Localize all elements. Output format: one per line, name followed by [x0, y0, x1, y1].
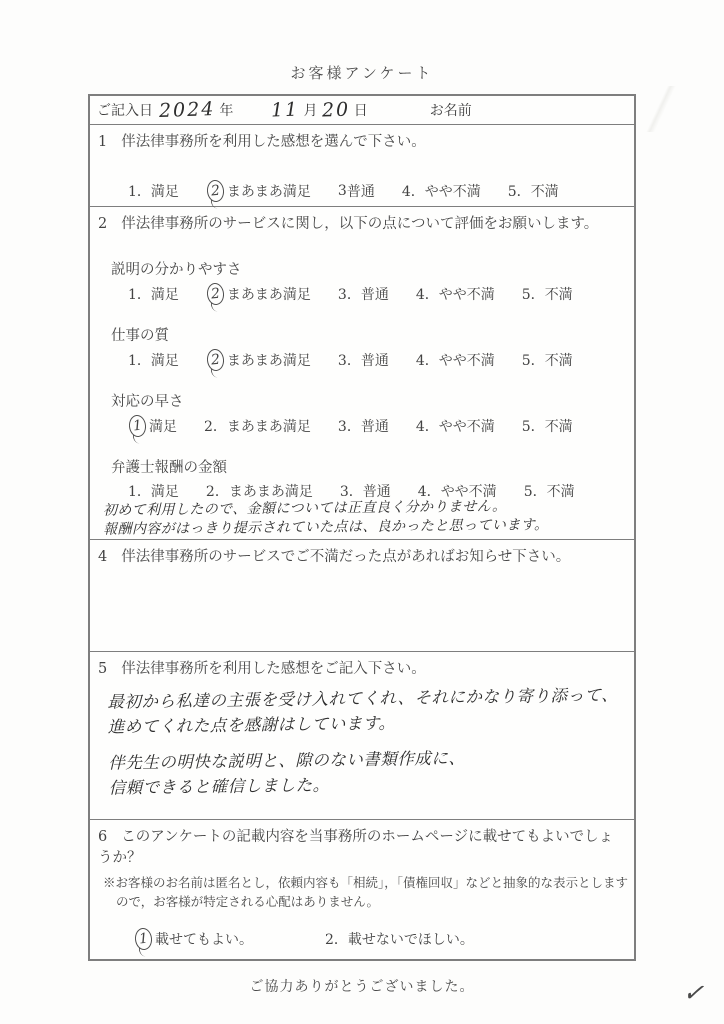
question-5-heading: 5伴法律事務所を利用した感想をご記入下さい。 [90, 652, 634, 680]
rating-option: 5．不満 [522, 284, 573, 304]
month-suffix: 月 [304, 100, 318, 120]
rating-option: 4．やや不満 [402, 181, 481, 201]
rating-item-explanation: 説明の分かりやすさ 1．満足 2まあまあ満足 3．普通 4．やや不満 5．不満 [90, 260, 634, 305]
option-label: 満足 [151, 481, 179, 501]
rating-item-options: 1満足 2．まあまあ満足 3．普通 4．やや不満 5．不満 [90, 415, 634, 437]
rating-option: 3．普通 [338, 284, 389, 304]
option-number: 2． [325, 929, 348, 949]
question-text: 伴法律事務所を利用した感想をご記入下さい。 [121, 661, 426, 677]
question-1-heading: 1伴法律事務所を利用した感想を選んで下さい。 [90, 125, 634, 153]
rating-option: 3．普通 [338, 416, 389, 436]
question-text: 伴法律事務所を利用した感想を選んで下さい。 [121, 134, 426, 150]
option-label: 不満 [545, 350, 573, 370]
option-number: 1． [128, 350, 151, 370]
day-suffix: 日 [354, 100, 368, 120]
option-label: やや不満 [439, 350, 495, 370]
option-label: やや不満 [425, 181, 481, 201]
question-1-options: 1．満足 2まあまあ満足 3普通 4．やや不満 5．不満 [90, 180, 634, 202]
month-value-handwritten: 11 [271, 99, 300, 122]
rating-option: 4．やや不満 [416, 350, 495, 370]
selected-circle: 2 [206, 348, 225, 372]
date-label: ご記入日 [97, 100, 153, 120]
option-number: 3． [338, 350, 361, 370]
question-number: 6 [98, 827, 107, 848]
option-label: 載せないでほしい。 [348, 929, 474, 949]
option-number: 2． [204, 416, 227, 436]
question-number: 1 [98, 132, 107, 153]
option-label: 載せてもよい。 [155, 929, 253, 949]
rating-option: 2．まあまあ満足 [204, 416, 311, 436]
option-number: 3． [338, 416, 361, 436]
rating-item-response-speed: 対応の早さ 1満足 2．まあまあ満足 3．普通 4．やや不満 5．不満 [90, 392, 634, 437]
option-label: 満足 [149, 416, 177, 436]
year-suffix: 年 [219, 100, 233, 120]
selected-circle: 2 [206, 282, 225, 306]
selected-circle: 1 [128, 414, 147, 438]
name-label: お名前 [430, 100, 472, 120]
option-label: 満足 [151, 350, 179, 370]
question-6: 6このアンケートの記載内容を当事務所のホームページに載せてもよいでしょうか？ ※… [90, 820, 634, 963]
option-number: 3 [338, 183, 347, 199]
option-label: まあまあ満足 [227, 181, 311, 201]
option-number: 5． [522, 416, 545, 436]
option-label: まあまあ満足 [229, 481, 313, 501]
question-text: 伴法律事務所のサービスでご不満だった点があればお知らせ下さい。 [121, 549, 570, 565]
rating-option: 2まあまあ満足 [206, 180, 311, 202]
question-2-heading: 2伴法律事務所のサービスに関し，以下の点について評価をお願いします。 [90, 207, 634, 235]
option-number: 2． [206, 481, 229, 501]
option-label: 満足 [151, 181, 179, 201]
option-number: 3． [340, 481, 363, 501]
page-title: お客様アンケート [0, 62, 724, 83]
option-label: 普通 [361, 284, 389, 304]
rating-option: 2まあまあ満足 [206, 349, 311, 371]
option-number: 5． [508, 181, 531, 201]
option-label: 不満 [545, 416, 573, 436]
rating-option: 1満足 [128, 415, 177, 437]
thank-you-footer: ご協力ありがとうございました。 [0, 976, 724, 996]
rating-option: 1．満足 [128, 284, 179, 304]
rating-item-label: 弁護士報酬の金額 [90, 458, 634, 478]
rating-item-label: 説明の分かりやすさ [90, 260, 634, 280]
selected-circle: 1 [134, 927, 153, 951]
option-number: 3． [338, 284, 361, 304]
rating-option: 3普通 [338, 181, 375, 201]
option-label: 満足 [151, 284, 179, 304]
option-number: 1． [128, 181, 151, 201]
option-number: 4． [416, 416, 439, 436]
rating-option: 1．満足 [128, 181, 179, 201]
question-6-anonymity-note: ※お客様のお名前は匿名とし，依頼内容も「相続」，「債権回収」などと抽象的な表示と… [90, 873, 634, 911]
option-number: 4． [416, 350, 439, 370]
option-label: まあまあ満足 [227, 350, 311, 370]
question-2: 2伴法律事務所のサービスに関し，以下の点について評価をお願いします。 説明の分か… [90, 207, 634, 540]
rating-item-label: 仕事の質 [90, 326, 634, 346]
question-number: 4 [98, 547, 107, 568]
rating-item-label: 対応の早さ [90, 392, 634, 412]
date-name-row: ご記入日 2024 年 11 月 20 日 お名前 [90, 96, 634, 125]
option-number: 4． [416, 284, 439, 304]
rating-item-options: 1．満足 2まあまあ満足 3．普通 4．やや不満 5．不満 [90, 349, 634, 371]
rating-option: 1．満足 [128, 481, 179, 501]
handwritten-checkmark: ✓ [682, 977, 705, 1007]
question-2-sub-items: 説明の分かりやすさ 1．満足 2まあまあ満足 3．普通 4．やや不満 5．不満 … [90, 260, 634, 537]
question-4-heading: 4伴法律事務所のサービスでご不満だった点があればお知らせ下さい。 [90, 540, 634, 568]
rating-option: 5．不満 [508, 181, 559, 201]
option-number: 5． [522, 284, 545, 304]
question-number: 5 [98, 659, 107, 680]
question-6-options: 1載せてもよい。 2．載せないでほしい。 [90, 928, 634, 950]
question-6-heading: 6このアンケートの記載内容を当事務所のホームページに載せてもよいでしょうか？ [90, 820, 634, 869]
rating-option: 4．やや不満 [416, 284, 495, 304]
option-label: まあまあ満足 [227, 416, 311, 436]
day-value-handwritten: 20 [321, 99, 350, 122]
rating-option: 5．不満 [522, 416, 573, 436]
survey-form: ご記入日 2024 年 11 月 20 日 お名前 1伴法律事務所を利用した感想… [88, 94, 636, 961]
scanned-survey-page: お客様アンケート ご記入日 2024 年 11 月 20 日 お名前 1伴法律事… [0, 0, 724, 1024]
question-text: 伴法律事務所のサービスに関し，以下の点について評価をお願いします。 [121, 216, 598, 232]
option-number: 5． [522, 350, 545, 370]
option-label: まあまあ満足 [227, 284, 311, 304]
option-label: 不満 [531, 181, 559, 201]
rating-option: 1．満足 [128, 350, 179, 370]
option-label: 普通 [347, 181, 375, 201]
selected-circle: 2 [206, 179, 225, 203]
option-label: やや不満 [439, 284, 495, 304]
handwritten-q5-answer: 最初から私達の主張を受け入れてくれ、それにかなり寄り添って、 進めてくれた点を感… [89, 682, 634, 801]
option-number: 1． [128, 481, 151, 501]
option-label: 普通 [361, 350, 389, 370]
option-label: 不満 [545, 284, 573, 304]
year-value-handwritten: 2024 [159, 98, 216, 122]
question-4: 4伴法律事務所のサービスでご不満だった点があればお知らせ下さい。 [90, 540, 634, 652]
question-number: 2 [98, 214, 107, 235]
rating-option: 3．普通 [338, 350, 389, 370]
rating-item-options: 1．満足 2まあまあ満足 3．普通 4．やや不満 5．不満 [90, 283, 634, 305]
rating-item-work-quality: 仕事の質 1．満足 2まあまあ満足 3．普通 4．やや不満 5．不満 [90, 326, 634, 371]
question-text: このアンケートの記載内容を当事務所のホームページに載せてもよいでしょうか？ [98, 829, 613, 866]
rating-item-attorney-fees: 弁護士報酬の金額 1．満足 2．まあまあ満足 3．普通 4．やや不満 5．不満 … [90, 458, 634, 537]
rating-option: 2まあまあ満足 [206, 283, 311, 305]
rating-option: 5．不満 [522, 350, 573, 370]
question-1: 1伴法律事務所を利用した感想を選んで下さい。 1．満足 2まあまあ満足 3普通 … [90, 125, 634, 207]
question-5: 5伴法律事務所を利用した感想をご記入下さい。 最初から私達の主張を受け入れてくれ… [90, 652, 634, 820]
handwritten-fee-comment: 初めて利用したので、金額については正直良く分かりません。 報酬内容がはっきり提示… [90, 496, 634, 540]
rating-option: 2．まあまあ満足 [206, 481, 313, 501]
option-label: 普通 [361, 416, 389, 436]
publish-option: 2．載せないでほしい。 [325, 929, 474, 949]
option-number: 1． [128, 284, 151, 304]
scan-artifact [638, 86, 682, 132]
option-number: 4． [402, 181, 425, 201]
rating-option: 4．やや不満 [416, 416, 495, 436]
option-label: やや不満 [439, 416, 495, 436]
publish-option: 1載せてもよい。 [134, 928, 253, 950]
